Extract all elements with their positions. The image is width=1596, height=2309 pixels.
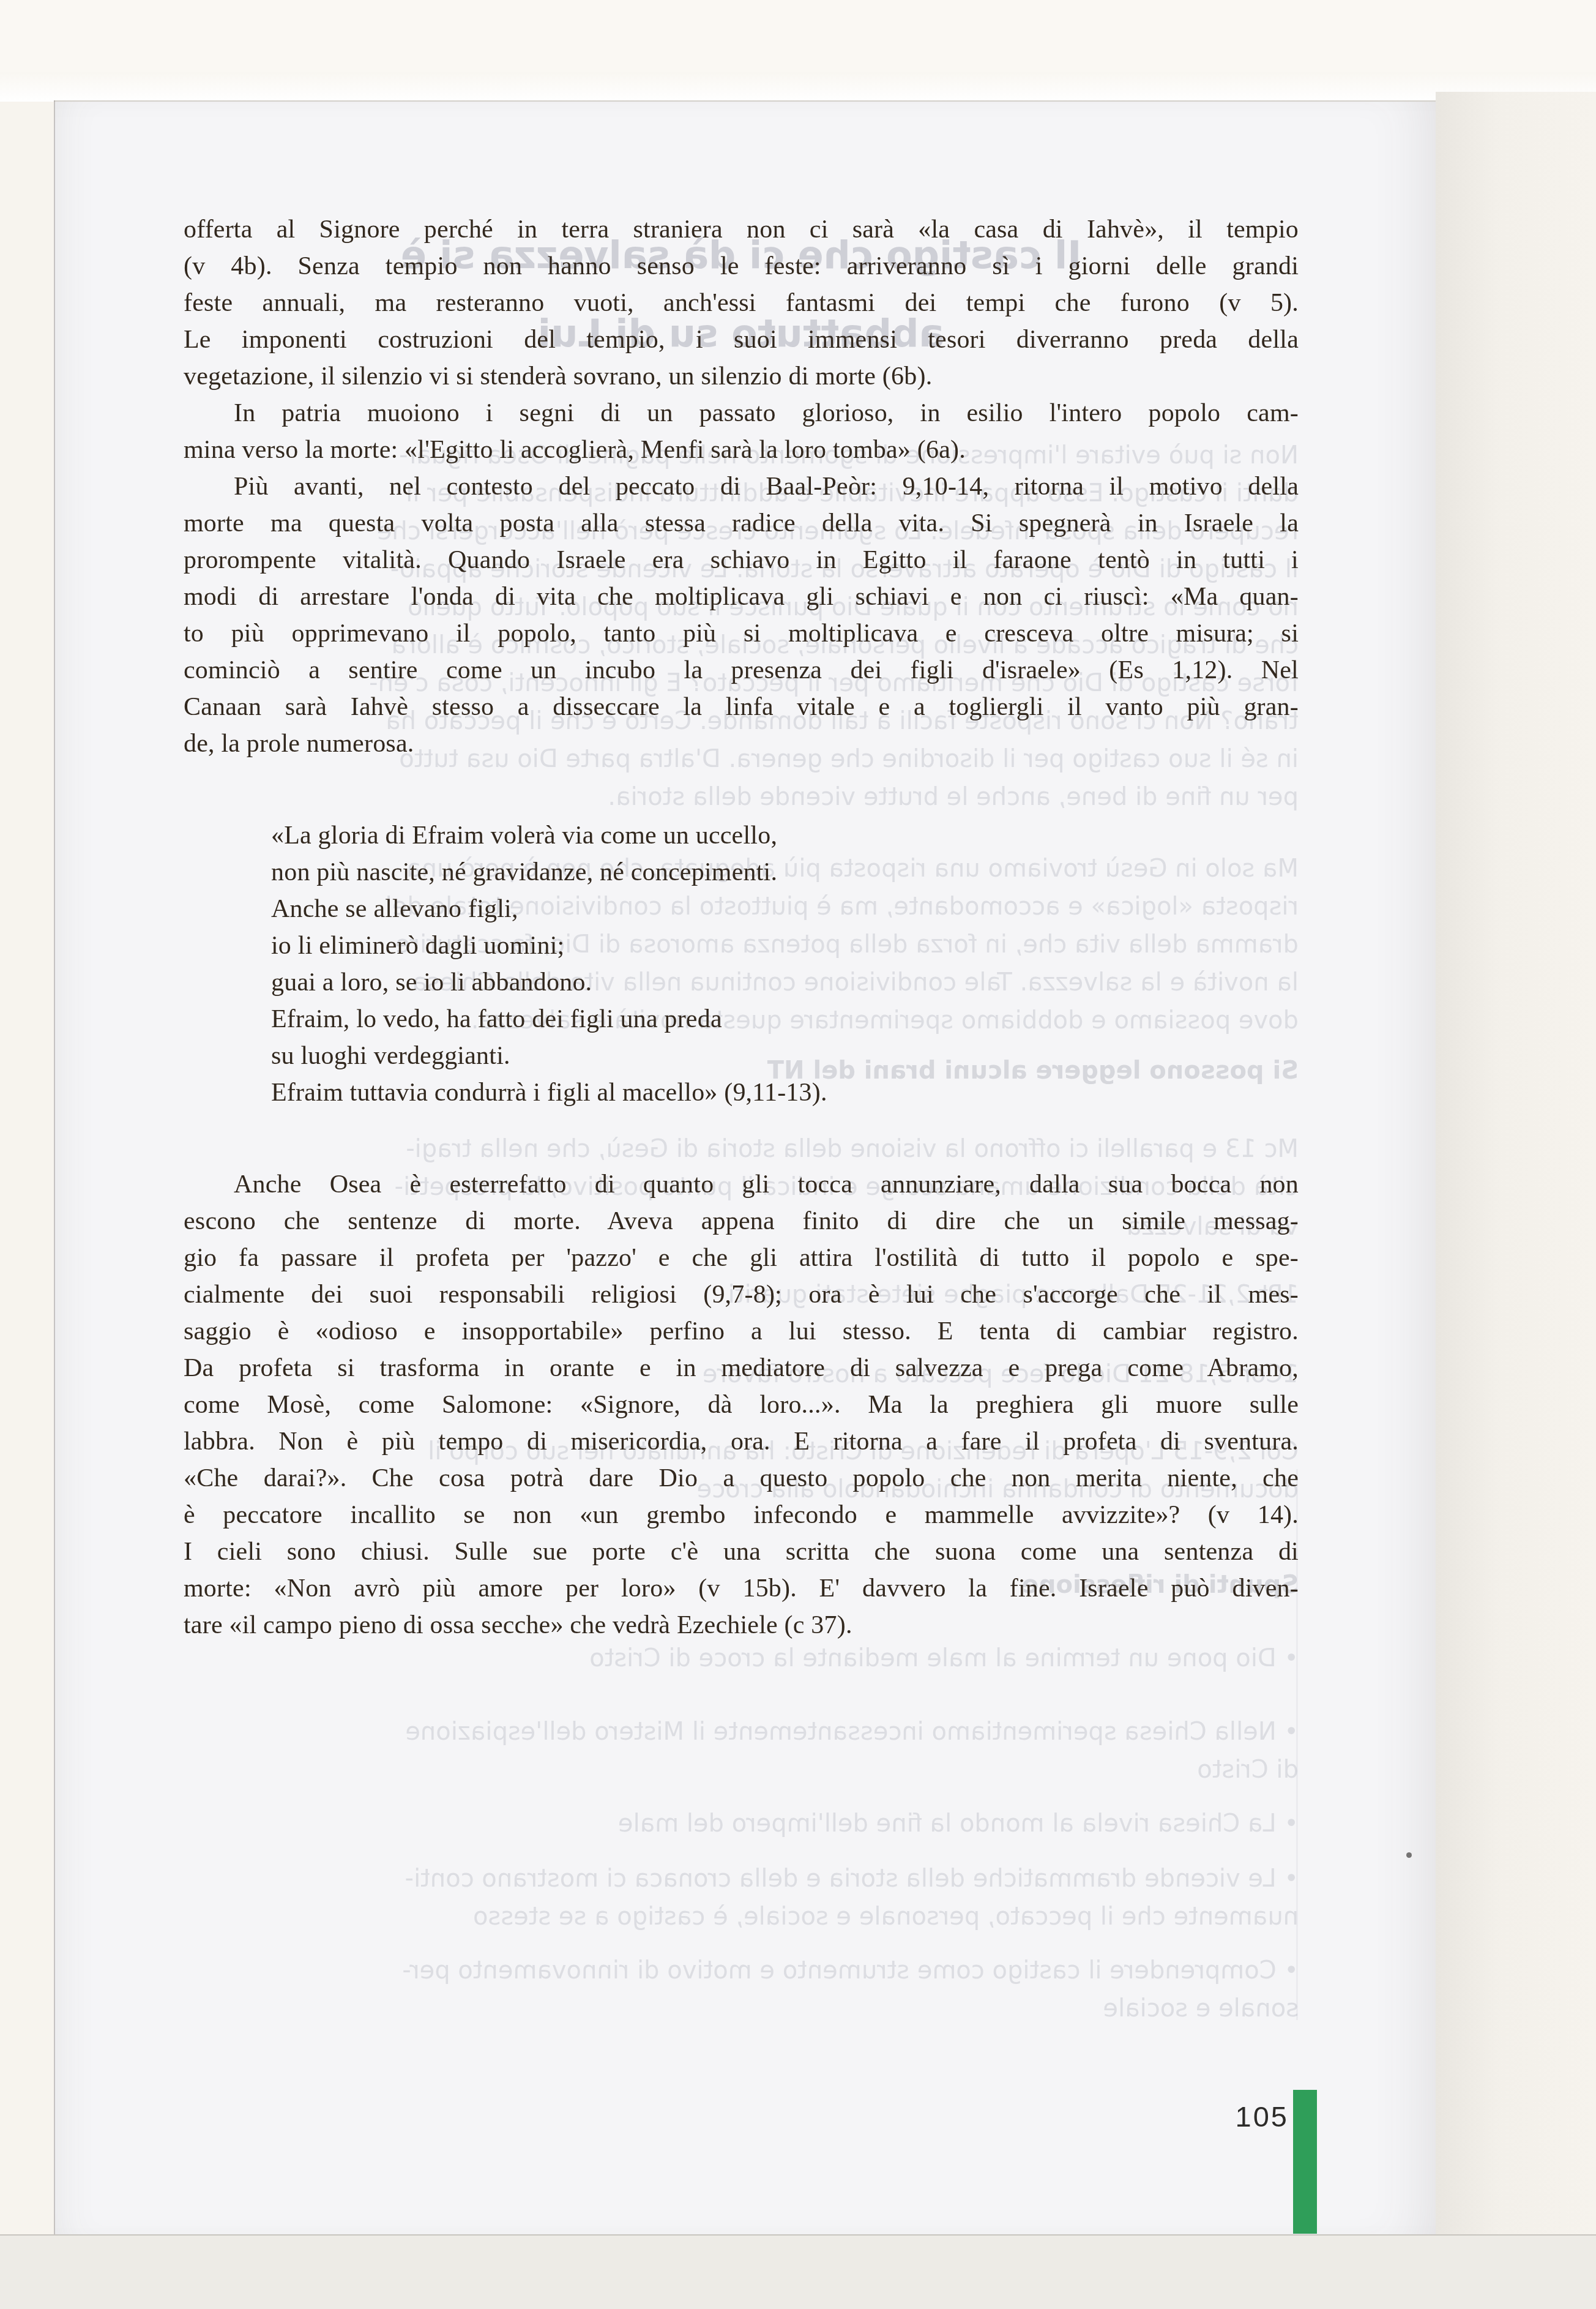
- text-line: Anche Osea è esterrefatto di quanto gli …: [184, 1166, 1299, 1203]
- poem-line: non più nascite, né gravidanze, né conce…: [271, 854, 1299, 891]
- page-number: 105: [1235, 2100, 1289, 2133]
- text-line: gio fa passare il profeta per 'pazzo' e …: [184, 1240, 1299, 1276]
- text-line: morte ma questa volta posta alla stessa …: [184, 505, 1299, 542]
- text-line: vegetazione, il silenzio vi si stenderà …: [184, 358, 1299, 395]
- poem-line: su luoghi verdeggianti.: [271, 1038, 1299, 1074]
- text-line: offerta al Signore perché in terra stran…: [184, 211, 1299, 248]
- text-line: cialmente dei suoi responsabili religios…: [184, 1276, 1299, 1313]
- text-line: labbra. Non è più tempo di misericordia,…: [184, 1423, 1299, 1460]
- text-line: Più avanti, nel contesto del peccato di …: [184, 468, 1299, 505]
- text-line: morte: «Non avrò più amore per loro» (v …: [184, 1570, 1299, 1607]
- text-line: prorompente vitalità. Quando Israele era…: [184, 542, 1299, 578]
- page-right-edge-shadow: [1436, 92, 1596, 2309]
- text-line: Le imponenti costruzioni del tempio, i s…: [184, 321, 1299, 358]
- poem-line: «La gloria di Efraim volerà via come un …: [271, 817, 1299, 854]
- text-line: modi di arrestare l'onda di vita che mol…: [184, 578, 1299, 615]
- text-line: de, la prole numerosa.: [184, 725, 1299, 762]
- text-line: tare «il campo pieno di ossa secche» che…: [184, 1607, 1299, 1644]
- paragraph: Più avanti, nel contesto del peccato di …: [184, 468, 1299, 762]
- poem-line: Efraim tuttavia condurrà i figli al mace…: [271, 1074, 1299, 1111]
- text-line: In patria muoiono i segni di un passato …: [184, 395, 1299, 432]
- paragraph: In patria muoiono i segni di un passato …: [184, 395, 1299, 468]
- poem-line: io li eliminerò dagli uomini;: [271, 927, 1299, 964]
- text-line: cominciò a sentire come un incubo la pre…: [184, 652, 1299, 689]
- text-line: come Mosè, come Salomone: «Signore, dà l…: [184, 1387, 1299, 1423]
- paragraph: Anche Osea è esterrefatto di quanto gli …: [184, 1166, 1299, 1644]
- ink-speck: [1406, 1852, 1412, 1858]
- poem-line: guai a loro, se io li abbandono.: [271, 964, 1299, 1001]
- scan-glare: [0, 72, 1596, 102]
- text-line: to più opprimevano il popolo, tanto più …: [184, 615, 1299, 652]
- page-number-accent-bar: [1293, 2090, 1317, 2234]
- poem-block: «La gloria di Efraim volerà via come un …: [271, 817, 1299, 1111]
- text-line: feste annuali, ma resteranno vuoti, anch…: [184, 285, 1299, 321]
- text-line: escono che sentenze di morte. Aveva appe…: [184, 1203, 1299, 1240]
- text-line: Da profeta si trasforma in orante e in m…: [184, 1350, 1299, 1387]
- text-column: offerta al Signore perché in terra stran…: [184, 211, 1299, 1644]
- poem-line: Anche se allevano figli,: [271, 891, 1299, 927]
- text-line: è peccatore incallito se non «un grembo …: [184, 1497, 1299, 1533]
- paragraph: offerta al Signore perché in terra stran…: [184, 211, 1299, 395]
- text-line: mina verso la morte: «l'Egitto li accogl…: [184, 432, 1299, 468]
- page-bottom-edge: [0, 2234, 1596, 2309]
- text-line: Canaan sarà Iahvè stesso a disseccare la…: [184, 689, 1299, 725]
- text-line: «Che darai?». Che cosa potrà dare Dio a …: [184, 1460, 1299, 1497]
- text-line: (v 4b). Senza tempio non hanno senso le …: [184, 248, 1299, 285]
- poem-line: Efraim, lo vedo, ha fatto dei figli una …: [271, 1001, 1299, 1038]
- page-left-edge: [54, 100, 55, 2234]
- text-line: saggio è «odioso e insopportabile» perfi…: [184, 1313, 1299, 1350]
- scanned-book-page: { "footer": { "page_number": "105", "acc…: [0, 0, 1596, 2309]
- text-line: I cieli sono chiusi. Sulle sue porte c'è…: [184, 1533, 1299, 1570]
